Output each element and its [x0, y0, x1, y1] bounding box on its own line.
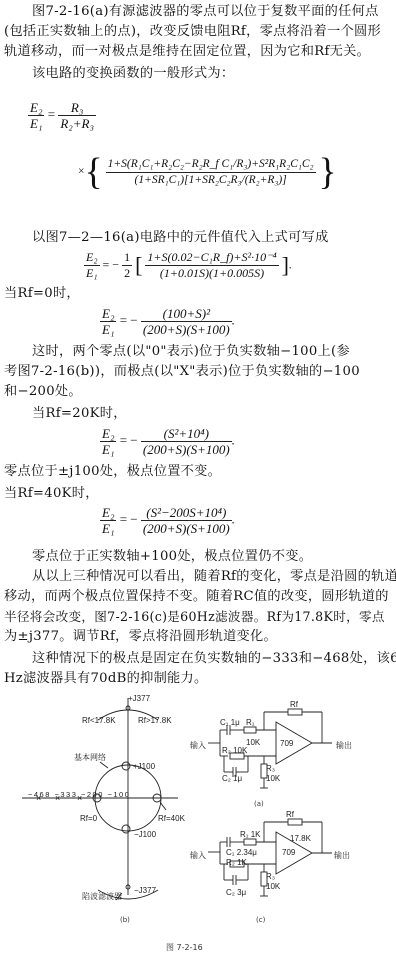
eq4-num: (100+S)² [141, 306, 232, 322]
r2-label-a: R₂ 10K [222, 746, 247, 755]
paragraph-5-line-1: 这时，两个零点(以"0"表示)位于负实数轴−100上(参 [4, 342, 392, 362]
paragraph-9: 零点位于正实数轴+100处，极点位置仍不变。 [4, 547, 392, 567]
r1-label-c: R₁ 1K [240, 830, 260, 839]
r3-label-a: R₃ [266, 764, 275, 773]
label-rf-greater: Rf>17.8K [138, 716, 172, 725]
paragraph-1-line-3: 轨道移动，而一对极点是维持在固定位置，因为它和Rf无关。 [4, 42, 392, 62]
c2-label-c: C₂ 3μ [226, 888, 246, 897]
equation-2: ×{ 1+S(R₁C₁+R₂C₂−R₂R_f C₁/R₃)+S²R₁R₂C₁C₂… [78, 150, 337, 194]
figure-caption: 图 7-2-16 [166, 942, 203, 953]
eq3-num: 1+S(0.02−C₁R_f)+S²·10⁻⁴ [145, 250, 278, 266]
eq5-lhs-den: E₁ [100, 442, 116, 457]
output-label-a: 输出 [336, 740, 352, 751]
rf-value-c: 17.8K [290, 834, 311, 843]
equation-3: E₂E₁ = − 12 [ 1+S(0.02−C₁R_f)+S²·10⁻⁴(1+… [84, 250, 292, 281]
eq4-lhs-num: E₂ [100, 306, 116, 322]
eq3-den: (1+0.01S)(1+0.005S) [145, 266, 278, 281]
paragraph-11-line-1: 这种情况下的极点是固定在负实数轴的−333和−468处，该60 [4, 649, 392, 669]
label-basic-network: 基本网络 [74, 752, 106, 763]
eq6-lhs-num: E₂ [100, 505, 116, 521]
paragraph-10-line-2: 移动，而两个极点位置保持不变。随着RC值的改变，圆形轨道的 [4, 587, 392, 607]
paragraph-10-line-3: 半径将会改变，图7-2-16(c)是60Hz滤波器。Rf为17.8K时，零点 [4, 607, 392, 627]
eq4-lhs-den: E₁ [100, 322, 116, 337]
caption-c: (c) [256, 916, 265, 924]
axis-labels: −468 −333 −200 −100 [28, 790, 130, 799]
circuit-c [180, 812, 396, 922]
eq4-den: (200+S)(S+100) [141, 322, 232, 337]
eq2-num: 1+S(R₁C₁+R₂C₂−R₂R_f C₁/R₃)+S²R₁R₂C₁C₂ [106, 157, 316, 173]
label-minus-j100: −J100 [134, 830, 156, 839]
paragraph-8: 当Rf=40K时， [4, 484, 392, 504]
label-plus-j100: +J100 [133, 762, 155, 771]
r2-label-c: R₂ 1K [226, 858, 247, 867]
eq6-num: (S²−200S+10⁴) [141, 505, 232, 521]
eq3-lhs-num: E₂ [84, 250, 100, 266]
eq1-rhs-den: R₂+R₃ [58, 116, 96, 131]
eq1-lhs-num: E₂ [28, 100, 44, 116]
eq5-den: (200+S)(S+100) [141, 442, 232, 457]
r1-value-a: 10K [246, 738, 260, 747]
eq1-rhs-num: R₃ [58, 100, 96, 116]
label-notch-filter: 陷波滤波器 [82, 891, 122, 902]
c1-label-a: C₁ 1μ [220, 718, 240, 727]
caption-a: (a) [254, 800, 264, 808]
paragraph-5-line-3: 和−200处。 [4, 382, 392, 402]
paragraph-11-line-2: Hz滤波器具有70dB的抑制能力。 [4, 669, 392, 689]
r1-label-a: R₁ [246, 718, 254, 727]
eq1-lhs-den: E₁ [28, 116, 44, 131]
caption-b: (b) [120, 916, 130, 924]
label-rf-0: Rf=0 [80, 814, 97, 823]
opamp-label-c: 709 [282, 848, 295, 857]
c1-label-c: C₁ 2.34μ [226, 848, 257, 857]
paragraph-2: 该电路的变换函数的一般形式为： [4, 64, 392, 84]
paragraph-1-line-1: 图7-2-16(a)有源滤波器的零点可以位于复数平面的任何点 [4, 2, 392, 22]
eq6-lhs-den: E₁ [100, 521, 116, 536]
paragraph-3: 以图7—2—16(a)电路中的元件值代入上式可写成 [4, 228, 392, 248]
opamp-label-a: 709 [280, 739, 293, 748]
equation-5: E₂E₁ = − (S²+10⁴)(200+S)(S+100). [100, 426, 235, 457]
eq6-den: (200+S)(S+100) [141, 521, 232, 536]
rf-label-a: Rf [290, 700, 298, 709]
paragraph-4: 当Rf=0时， [4, 284, 392, 304]
equation-6: E₂E₁ = − (S²−200S+10⁴)(200+S)(S+100). [100, 505, 235, 536]
equation-4: E₂E₁ = − (100+S)²(200+S)(S+100). [100, 306, 235, 337]
paragraph-7: 零点位于±j100处，极点位置不变。 [4, 462, 392, 482]
r3-value-a: 10K [266, 774, 280, 783]
r3-label-c: R₃ [266, 872, 275, 881]
input-label-c: 输入 [190, 850, 206, 861]
paragraph-5-line-2: 考图7-2-16(b))，而极点(以"X"表示)位于负实数轴的−100 [4, 362, 392, 382]
eq5-num: (S²+10⁴) [141, 426, 232, 442]
r3-value-c: 10K [266, 882, 280, 891]
label-rf-less: Rf<17.8K [82, 716, 116, 725]
paragraph-10-line-1: 从以上三种情况可以看出，随着Rf的变化，零点是沿圆的轨道 [4, 567, 392, 587]
paragraph-6: 当Rf=20K时， [4, 404, 392, 424]
eq2-den: (1+SR₁C₁)[1+SR₂C₂R₃/(R₂+R₃)] [106, 173, 316, 188]
equation-1: E₂E₁ = R₃R₂+R₃ [28, 100, 96, 131]
rf-label-c: Rf [286, 810, 294, 819]
eq3-lhs-den: E₁ [84, 266, 100, 281]
label-plus-j377: +J377 [128, 694, 150, 703]
paragraph-1-line-2: (包括正实数轴上的点)，改变反馈电阻Rf，零点将沿着一个圆形 [4, 22, 392, 42]
paragraph-10-line-4: 为±j377。调节Rf，零点将沿圆形轨道变化。 [4, 627, 392, 647]
output-label-c: 输出 [334, 850, 350, 861]
label-minus-j377: −J377 [134, 886, 156, 895]
c2-label-a: C₂ 1μ [222, 774, 242, 783]
eq5-lhs-num: E₂ [100, 426, 116, 442]
input-label-a: 输入 [190, 740, 206, 751]
